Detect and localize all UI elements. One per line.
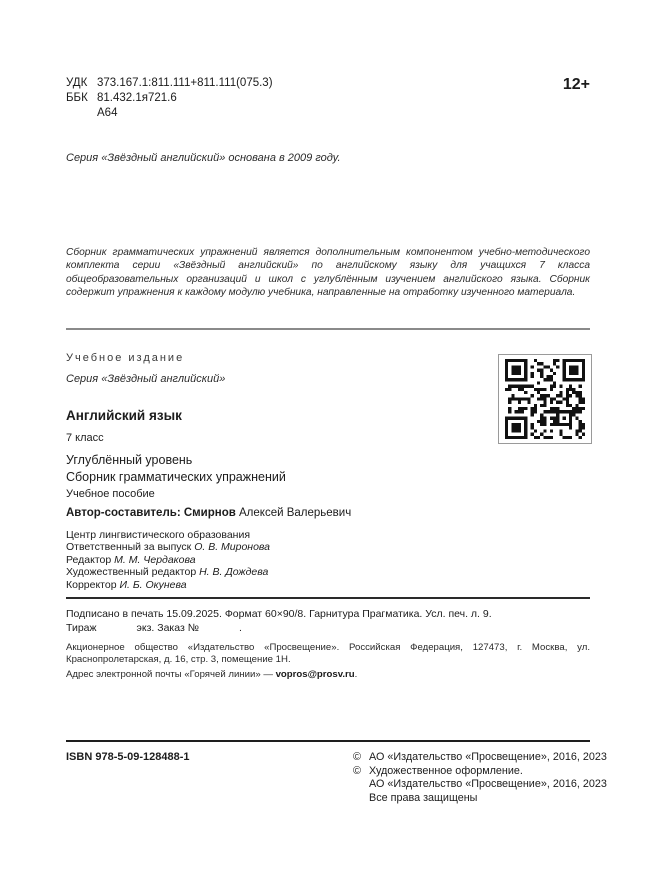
author: Автор-составитель: Смирнов Алексей Валер… [66,507,351,519]
book-type: Учебное пособие [66,488,155,500]
level-and-title: Углублённый уровень Сборник грамматическ… [66,452,286,486]
age-rating: 12+ [563,76,590,94]
isbn: ISBN 978-5-09-128488-1 [66,751,190,763]
staff-responsible: Ответственный за выпуск О. В. Миронова [66,541,270,553]
staff-center: Центр лингвистического образования [66,529,270,541]
author-label: Автор-составитель: [66,507,181,519]
staff-list: Центр лингвистического образования Ответ… [66,529,270,591]
bbk-label: ББК [66,91,97,106]
print-signed: Подписано в печать 15.09.2025. Формат 60… [66,608,492,622]
print-run: Тиражэкз. Заказ №. [66,622,492,636]
edition-series: Серия «Звёздный английский» [66,373,225,385]
udk-label: УДК [66,76,97,91]
level: Углублённый уровень [66,452,286,469]
hotline: Адрес электронной почты «Горячей линии» … [66,669,357,680]
divider [66,740,590,742]
author-name: Алексей Валерьевич [239,507,351,519]
grade: 7 класс [66,432,104,444]
subject-title: Английский язык [66,408,182,423]
qr-code-icon [498,354,592,444]
copyright-icon: © [353,765,369,779]
copyright-block: ©АО «Издательство «Просвещение», 2016, 2… [353,751,607,805]
staff-editor: Редактор М. М. Чердакова [66,554,270,566]
author-surname: Смирнов [184,507,236,519]
divider [66,597,590,599]
print-info: Подписано в печать 15.09.2025. Формат 60… [66,608,492,635]
publisher-address: Акционерное общество «Издательство «Прос… [66,642,590,666]
divider [66,328,590,330]
edition-type: Учебное издание [66,352,184,364]
series-founded-note: Серия «Звёздный английский» основана в 2… [66,152,341,164]
staff-art-editor: Художественный редактор Н. В. Дождева [66,566,270,578]
book-title: Сборник грамматических упражнений [66,469,286,486]
copyright-icon: © [353,751,369,765]
hotline-email[interactable]: vopros@prosv.ru [276,669,355,680]
bbk-value: 81.432.1я721.6 [97,91,177,106]
author-mark: А64 [97,106,117,121]
annotation: Сборник грамматических упражнений являет… [66,246,590,300]
qr-code-graphic [505,359,585,439]
udk-value: 373.167.1:811.111+811.111(075.3) [97,76,273,91]
classification-codes: УДК373.167.1:811.111+811.111(075.3) ББК8… [66,76,273,121]
staff-corrector: Корректор И. Б. Окунева [66,579,270,591]
